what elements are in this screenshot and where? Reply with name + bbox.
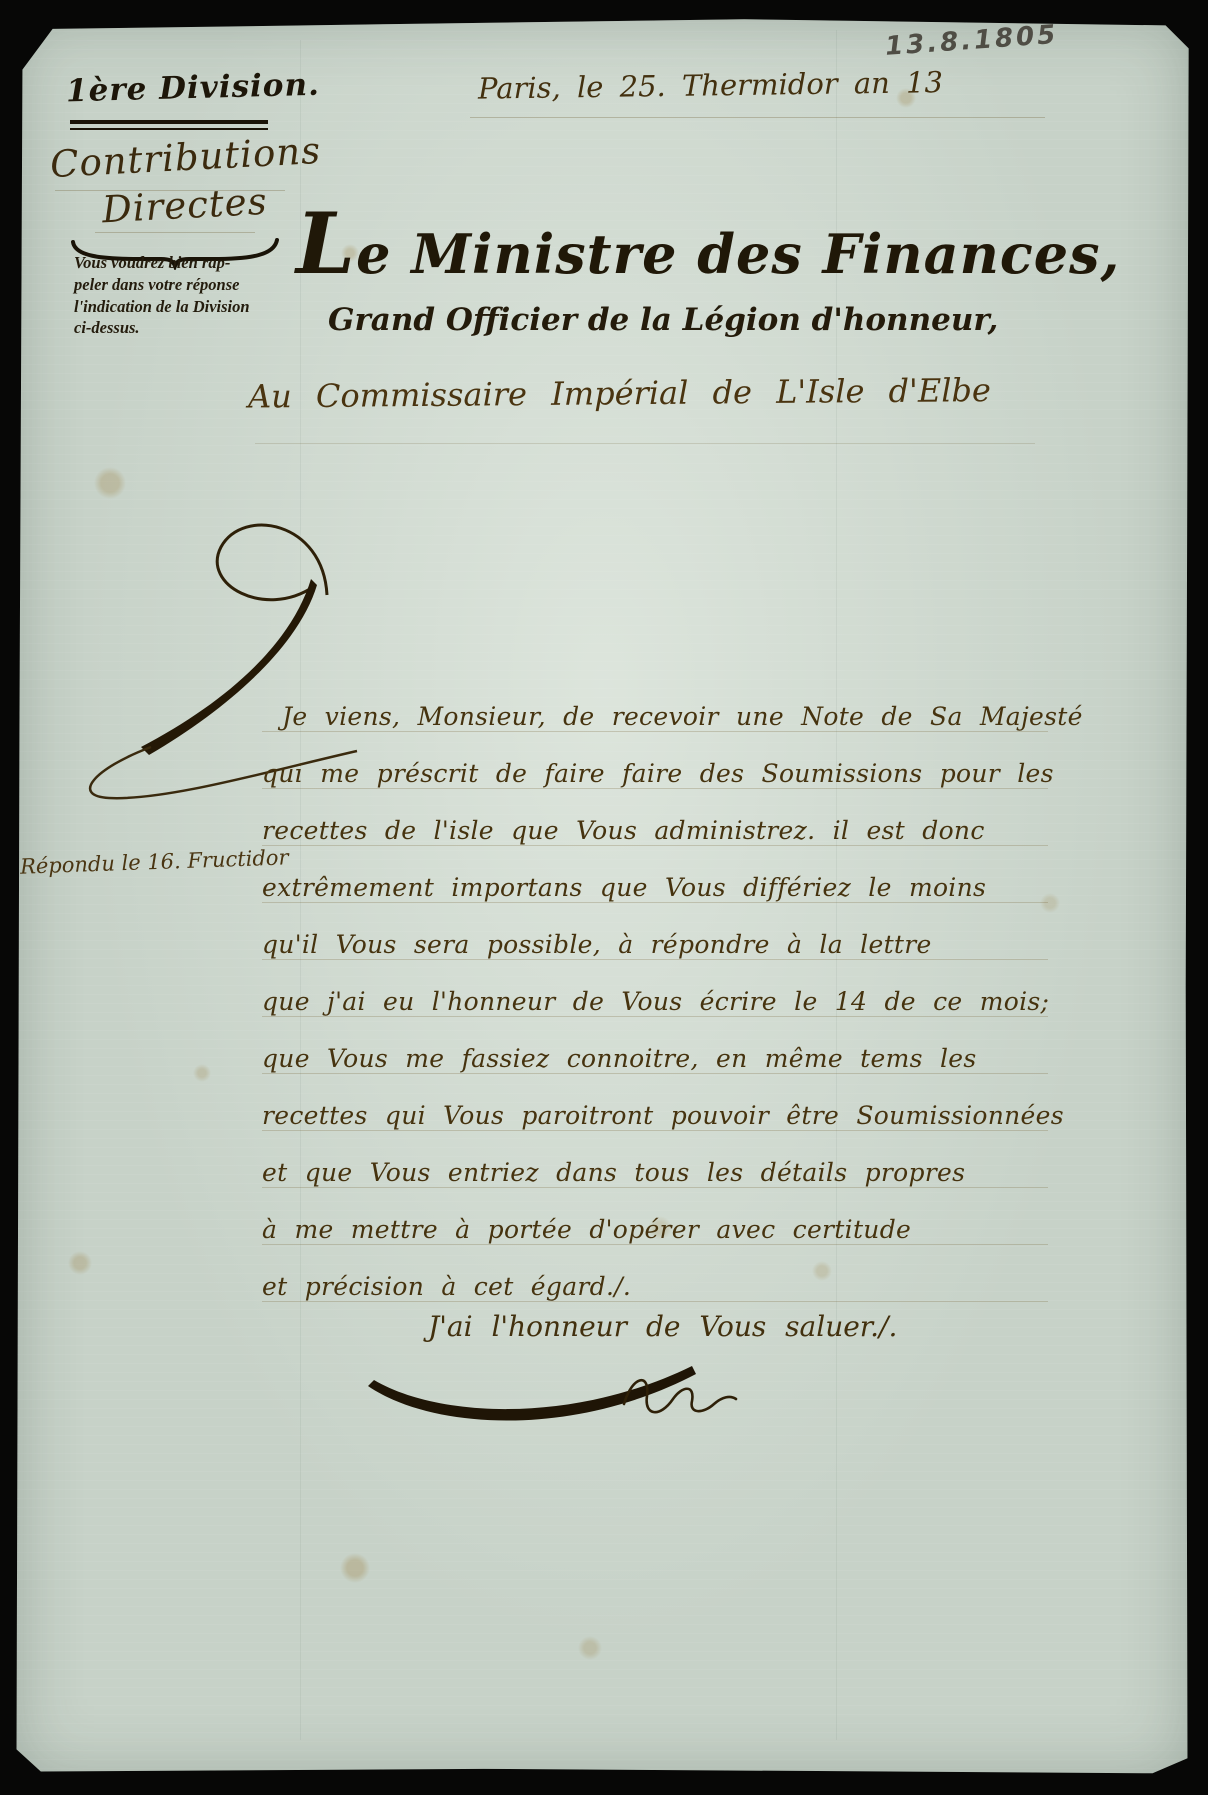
body-line: que Vous me fassiez connoitre, en même t…: [262, 1030, 1048, 1087]
handwritten-dateline: Paris, le 25. Thermidor an 13: [478, 64, 998, 105]
signature-flourish: [362, 1346, 802, 1441]
body-line: à me mettre à portée d'opérer avec certi…: [262, 1201, 1048, 1258]
body-line: recettes de l'isle que Vous administrez.…: [262, 802, 1048, 859]
service-name-line2: Directes: [101, 180, 269, 232]
printed-instruction-note: Vous voudrez bien rap- peler dans votre …: [74, 252, 274, 339]
letterhead-title: Le Ministre des Finances,: [296, 196, 976, 293]
ruled-guide-line: [255, 443, 1035, 444]
body-line: qui me préscrit de faire faire des Soumi…: [262, 745, 1048, 802]
printed-note-line: Vous voudrez bien rap-: [74, 252, 274, 274]
body-line: et que Vous entriez dans tous les détail…: [262, 1144, 1048, 1201]
ruled-guide-line: [95, 232, 255, 233]
body-line: et précision à cet égard./.: [262, 1258, 1048, 1315]
ruled-guide-line: [55, 190, 285, 191]
closing-salutation: J'ai l'honneur de Vous saluer./.: [428, 1310, 1048, 1343]
body-line: qu'il Vous sera possible, à répondre à l…: [262, 916, 1048, 973]
body-line: Je viens, Monsieur, de recevoir une Note…: [262, 688, 1048, 745]
ruled-guide-line: [470, 117, 1045, 118]
printed-note-line: l'indication de la Division: [74, 296, 274, 318]
printed-note-line: peler dans votre réponse: [74, 274, 274, 296]
division-heading: 1ère Division.: [66, 67, 321, 110]
printed-note-line: ci-dessus.: [74, 317, 274, 339]
body-line: que j'ai eu l'honneur de Vous écrire le …: [262, 973, 1048, 1030]
letter-body: Je viens, Monsieur, de recevoir une Note…: [262, 688, 1048, 1315]
recipient-line: Au Commissaire Impérial de L'Isle d'Elbe: [248, 370, 1058, 415]
photographed-letter: 13.8.1805 1ère Division. Contributions D…: [0, 0, 1208, 1795]
letterhead-subtitle: Grand Officier de la Légion d'honneur,: [328, 302, 988, 338]
body-line: recettes qui Vous paroitront pouvoir êtr…: [262, 1087, 1048, 1144]
body-line: extrêmement importans que Vous différiez…: [262, 859, 1048, 916]
double-rule-divider: [70, 120, 268, 130]
